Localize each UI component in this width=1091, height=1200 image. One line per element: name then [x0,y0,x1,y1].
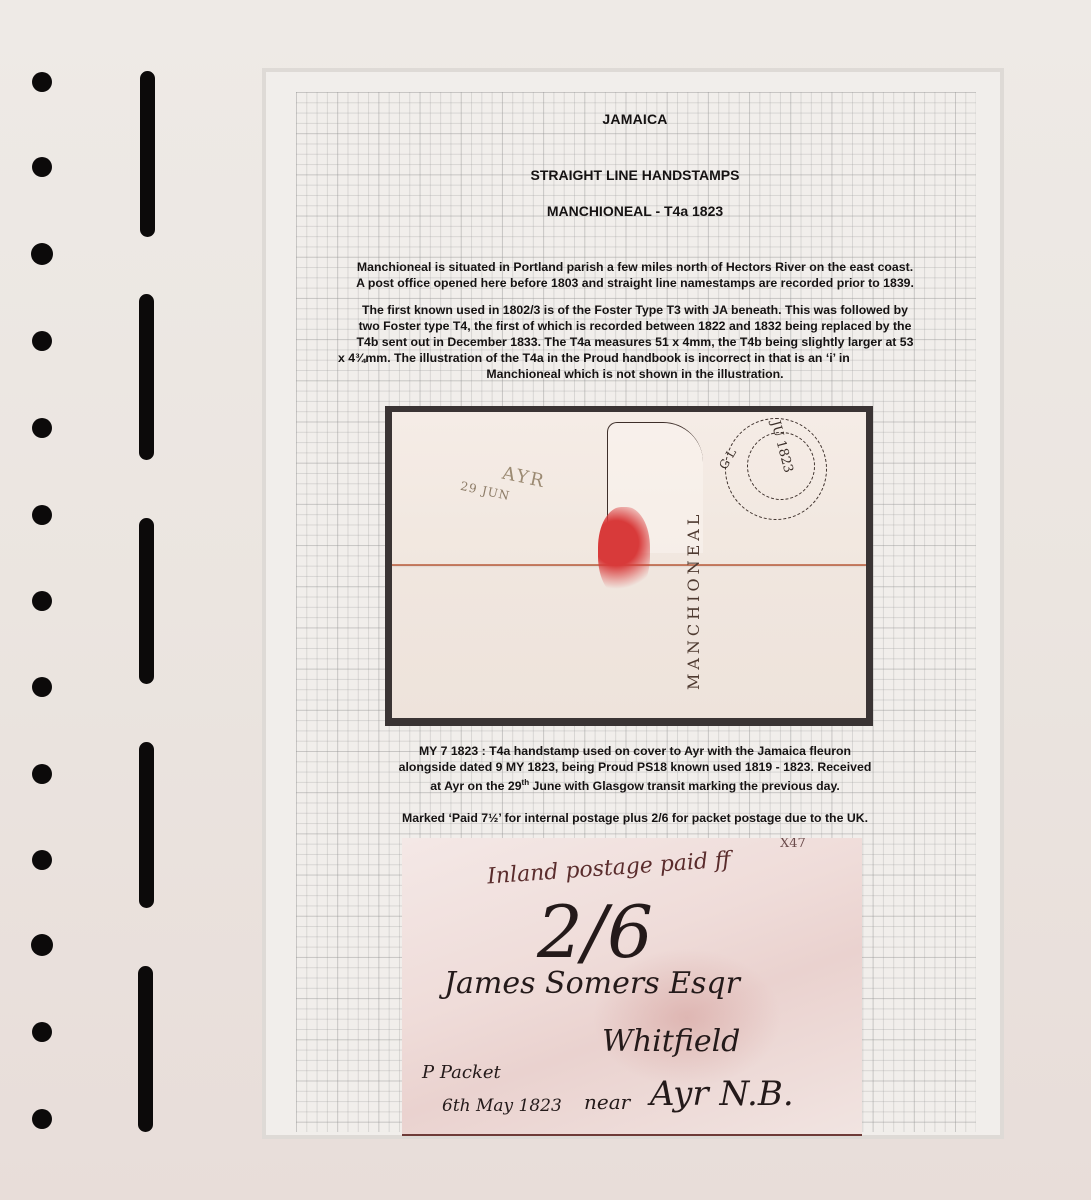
punch-hole [32,677,52,697]
punch-hole [32,72,52,92]
superscript: th [522,778,530,787]
addressee-name: James Somers Esqr [444,966,740,1001]
punch-hole [32,850,52,870]
punch-slot [140,71,155,237]
text-line: two Foster type T4, the first of which i… [300,318,970,334]
punch-hole [32,591,52,611]
red-wax-seal [598,507,650,597]
text-fragment: at Ayr on the 29 [430,779,521,793]
manchioneal-handstamp: MANCHIONEAL [684,520,703,690]
per-packet-note: P Packet [422,1062,501,1083]
page-title: JAMAICA [300,111,970,127]
cover-back-image: AYR 29 JUN JU 1823 G L MANCHIONEAL [392,412,866,718]
punch-hole [32,764,52,784]
text-line: T4b sent out in December 1833. The T4a m… [300,334,970,350]
cover-caption: MY 7 1823 : T4a handstamp used on cover … [300,743,970,794]
punch-slot [139,294,154,460]
postage-note: Marked ‘Paid 7½’ for internal postage pl… [300,810,970,826]
letter-date: 6th May 1823 [442,1096,562,1116]
text-line: Manchioneal which is not shown in the il… [300,366,970,382]
punch-hole [32,1022,52,1042]
punch-hole [32,331,52,351]
punch-hole [31,934,53,956]
section-heading: MANCHIONEAL - T4a 1823 [300,203,970,219]
packet-fee: 2/6 [537,890,653,974]
punch-hole [32,505,52,525]
text-line: Manchioneal is situated in Portland pari… [300,259,970,275]
text-line: The first known used in 1802/3 is of the… [300,302,970,318]
address-place: Whitfield [602,1024,740,1059]
address-town: Ayr N.B. [650,1074,794,1114]
text-line: A post office opened here before 1803 an… [300,275,970,291]
punch-slot [138,966,153,1132]
punch-hole [32,157,52,177]
punch-hole [31,243,53,265]
punch-hole [32,418,52,438]
intro-paragraph-2: The first known used in 1802/3 is of the… [300,302,970,382]
text-line: MY 7 1823 : T4a handstamp used on cover … [300,743,970,759]
near-word: near [584,1090,630,1114]
cover-front-image: Inland postage paid ff X47 2/6 James Som… [402,838,862,1136]
text-line: x 4¾mm. The illustration of the T4a in t… [300,350,970,366]
pencil-annotation: X47 [780,838,806,851]
inland-postage-paid-note: Inland postage paid ff [486,848,731,890]
text-line: alongside dated 9 MY 1823, being Proud P… [300,759,970,775]
punch-slot [139,518,154,684]
text-fragment: June with Glasgow transit marking the pr… [529,779,840,793]
page-subtitle: STRAIGHT LINE HANDSTAMPS [300,167,970,183]
intro-paragraph-1: Manchioneal is situated in Portland pari… [300,259,970,291]
punch-slot [139,742,154,908]
text-line: at Ayr on the 29th June with Glasgow tra… [300,775,970,794]
punch-hole [32,1109,52,1129]
